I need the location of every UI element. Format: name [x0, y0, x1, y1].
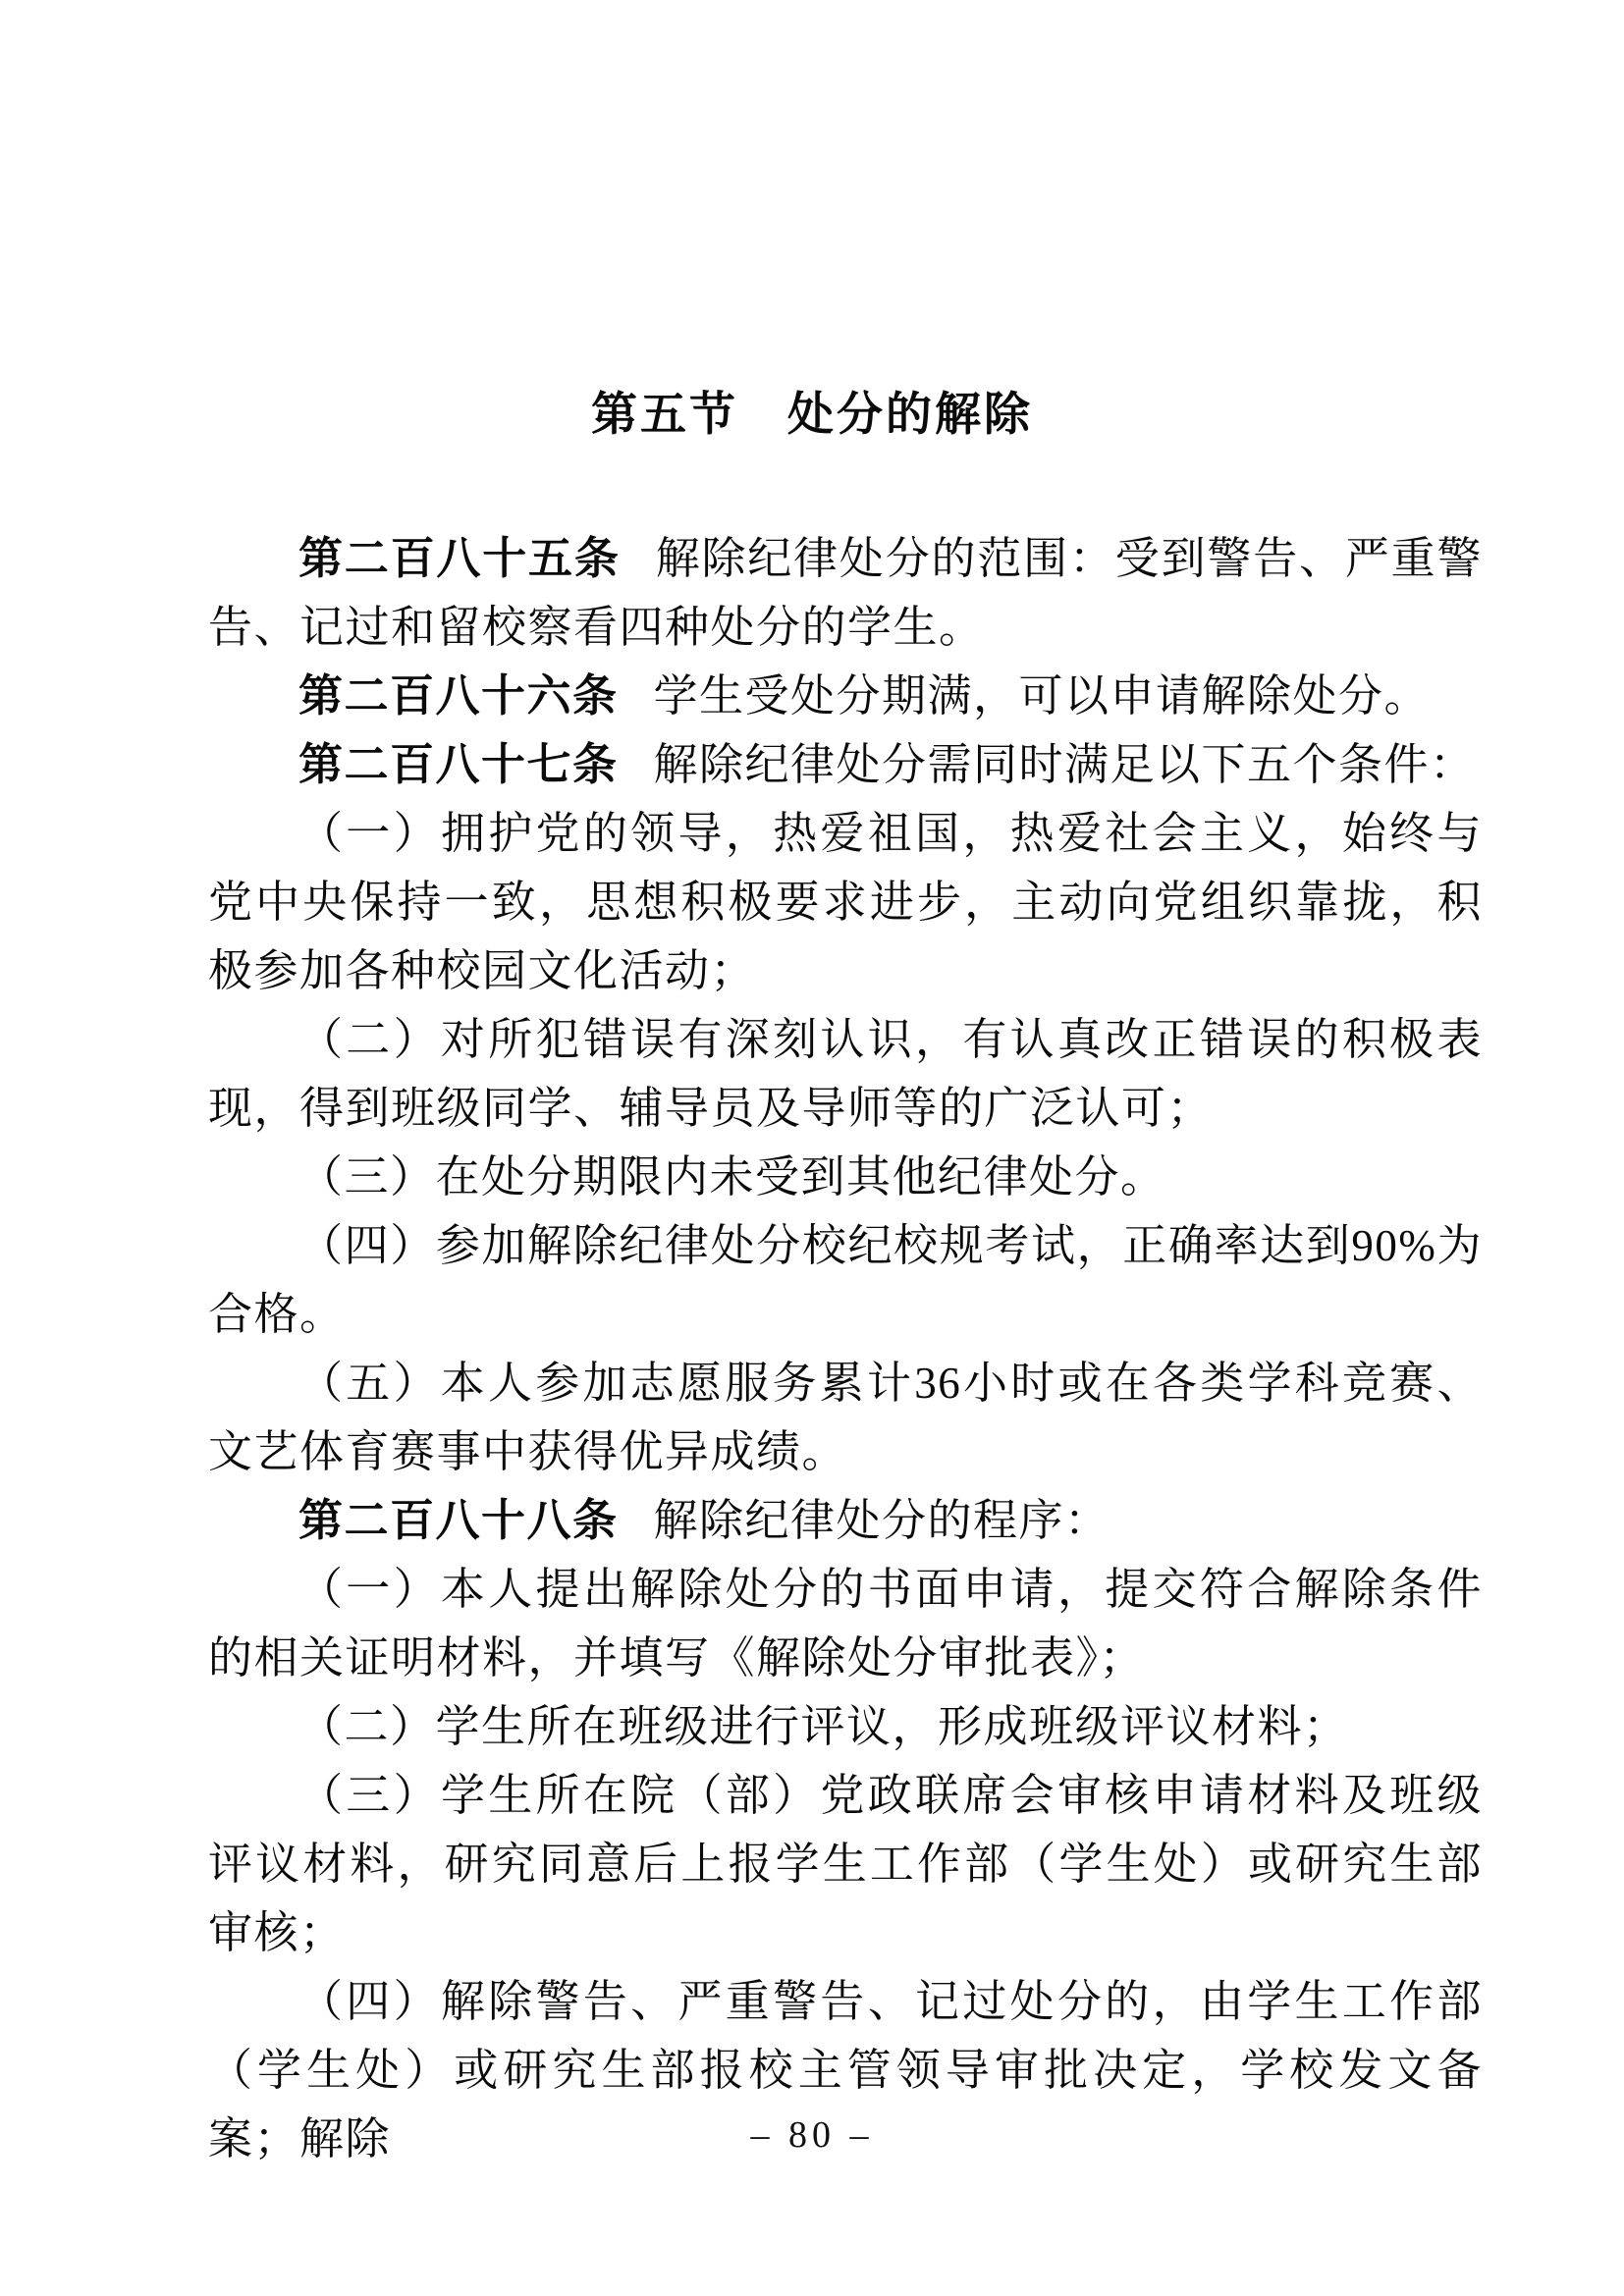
- article-number: 第二百八十五条: [298, 534, 621, 583]
- article-number: 第二百八十六条: [298, 671, 619, 721]
- paragraph-text: （三）在处分期限内未受到其他纪律处分。: [298, 1152, 1166, 1201]
- paragraph: （三）学生所在院（部）党政联席会审核申请材料及班级评议材料，研究同意后上报学生工…: [208, 1761, 1483, 1967]
- paragraph-text: 学生受处分期满，可以申请解除处分。: [654, 671, 1431, 721]
- paragraph: （四）参加解除纪律处分校纪校规考试，正确率达到90%为合格。: [208, 1211, 1483, 1349]
- document-body: 第二百八十五条解除纪律处分的范围：受到警告、严重警告、记过和留校察看四种处分的学…: [208, 524, 1483, 2173]
- article-number: 第二百八十七条: [298, 740, 619, 789]
- section-title: 第五节 处分的解除: [0, 385, 1624, 446]
- paragraph-text: （一）拥护党的领导，热爱祖国，热爱社会主义，始终与党中央保持一致，思想积极要求进…: [208, 809, 1483, 995]
- paragraph-text: （四）参加解除纪律处分校纪校规考试，正确率达到90%为合格。: [208, 1221, 1483, 1339]
- paragraph-text: （一）本人提出解除处分的书面申请，提交符合解除条件的相关证明材料，并填写《解除处…: [208, 1565, 1483, 1682]
- paragraph-text: （二）学生所在班级进行评议，形成班级评议材料；: [298, 1702, 1349, 1751]
- paragraph: （一）拥护党的领导，热爱祖国，热爱社会主义，始终与党中央保持一致，思想积极要求进…: [208, 799, 1483, 1005]
- paragraph: 第二百八十五条解除纪律处分的范围：受到警告、严重警告、记过和留校察看四种处分的学…: [208, 524, 1483, 662]
- article-number: 第二百八十八条: [298, 1496, 619, 1545]
- paragraph-text: 解除纪律处分的程序：: [654, 1496, 1110, 1545]
- paragraph: （二）学生所在班级进行评议，形成班级评议材料；: [208, 1692, 1483, 1761]
- paragraph: 第二百八十六条学生受处分期满，可以申请解除处分。: [208, 662, 1483, 730]
- paragraph: 第二百八十七条解除纪律处分需同时满足以下五个条件：: [208, 730, 1483, 799]
- paragraph: （二）对所犯错误有深刻认识，有认真改正错误的积极表现，得到班级同学、辅导员及导师…: [208, 1005, 1483, 1143]
- document-page: 第五节 处分的解除 第二百八十五条解除纪律处分的范围：受到警告、严重警告、记过和…: [0, 0, 1624, 2296]
- paragraph: （五）本人参加志愿服务累计36小时或在各类学科竞赛、文艺体育赛事中获得优异成绩。: [208, 1349, 1483, 1486]
- paragraph-text: 解除纪律处分需同时满足以下五个条件：: [654, 740, 1476, 789]
- paragraph-text: （二）对所犯错误有深刻认识，有认真改正错误的积极表现，得到班级同学、辅导员及导师…: [208, 1015, 1483, 1133]
- paragraph-text: （三）学生所在院（部）党政联席会审核申请材料及班级评议材料，研究同意后上报学生工…: [208, 1771, 1483, 1957]
- paragraph: （三）在处分期限内未受到其他纪律处分。: [208, 1143, 1483, 1211]
- page-number: – 80 –: [0, 2112, 1624, 2158]
- paragraph-text: （五）本人参加志愿服务累计36小时或在各类学科竞赛、文艺体育赛事中获得优异成绩。: [208, 1359, 1483, 1476]
- paragraph: 第二百八十八条解除纪律处分的程序：: [208, 1486, 1483, 1555]
- paragraph: （一）本人提出解除处分的书面申请，提交符合解除条件的相关证明材料，并填写《解除处…: [208, 1555, 1483, 1692]
